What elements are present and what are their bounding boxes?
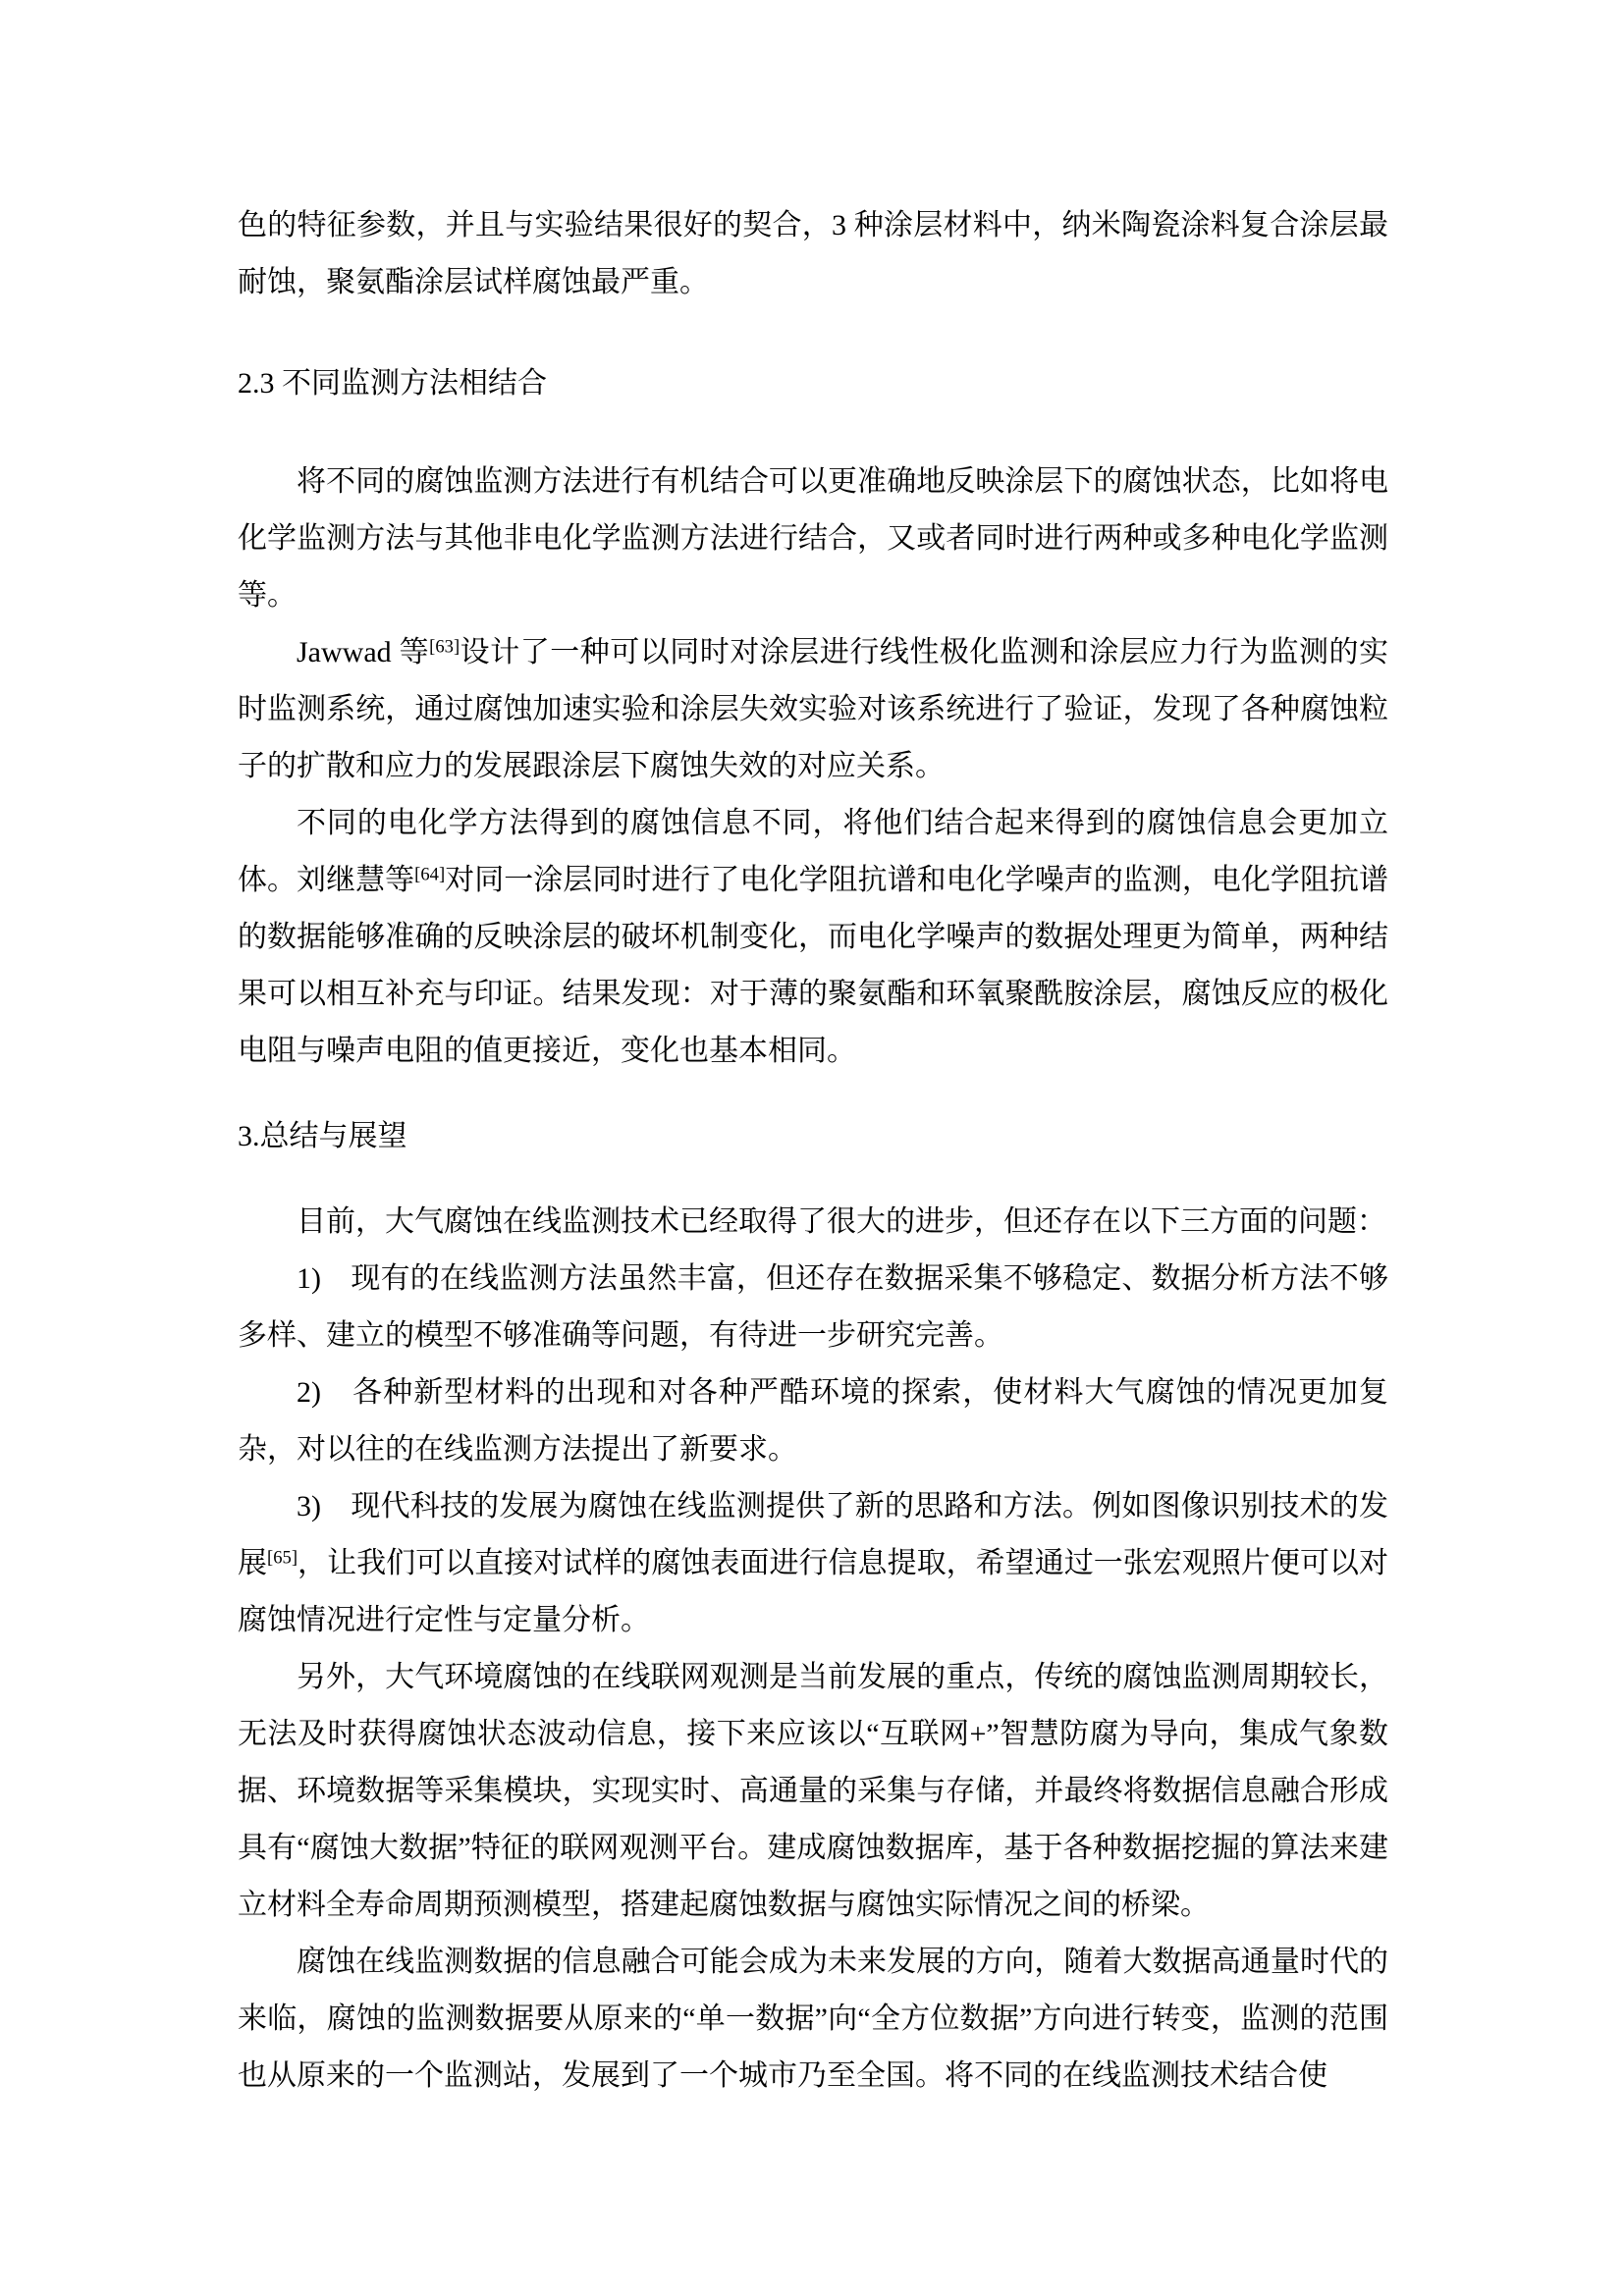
text-run: 1) 现有的在线监测方法虽然丰富，但还存在数据采集不够稳定、数据分析方法不够多样… [238,1262,1388,1352]
paragraph-continuation: 色的特征参数，并且与实验结果很好的契合，3 种涂层材料中，纳米陶瓷涂料复合涂层最… [238,197,1388,311]
list-item-3: 3) 现代科技的发展为腐蚀在线监测提供了新的思路和方法。例如图像识别技术的发展[… [238,1478,1388,1649]
document-content: 色的特征参数，并且与实验结果很好的契合，3 种涂层材料中，纳米陶瓷涂料复合涂层最… [238,197,1388,2105]
citation-superscript: [65] [267,1548,298,1569]
text-run: ，让我们可以直接对试样的腐蚀表面进行信息提取，希望通过一张宏观照片便可以对腐蚀情… [238,1547,1388,1636]
text-run: 另外，大气环境腐蚀的在线联网观测是当前发展的重点，传统的腐蚀监测周期较长，无法及… [238,1661,1388,1921]
text-run: 腐蚀在线监测数据的信息融合可能会成为未来发展的方向，随着大数据高通量时代的来临，… [238,1946,1388,2092]
section-heading-3: 3.总结与展望 [238,1108,1388,1165]
paragraph-data-fusion-future: 腐蚀在线监测数据的信息融合可能会成为未来发展的方向，随着大数据高通量时代的来临，… [238,1934,1388,2105]
paragraph-jawwad-system: Jawwad 等[63]设计了一种可以同时对涂层进行线性极化监测和涂层应力行为监… [238,624,1388,795]
paragraph-combining-methods: 将不同的腐蚀监测方法进行有机结合可以更准确地反映涂层下的腐蚀状态，比如将电化学监… [238,454,1388,624]
paragraph-summary-intro: 目前，大气腐蚀在线监测技术已经取得了很大的进步，但还存在以下三方面的问题： [238,1194,1388,1251]
text-run: 2) 各种新型材料的出现和对各种严酷环境的探索，使材料大气腐蚀的情况更加复杂，对… [238,1376,1388,1466]
paragraph-networked-observation: 另外，大气环境腐蚀的在线联网观测是当前发展的重点，传统的腐蚀监测周期较长，无法及… [238,1649,1388,1934]
document-page: 色的特征参数，并且与实验结果很好的契合，3 种涂层材料中，纳米陶瓷涂料复合涂层最… [0,0,1624,2296]
citation-superscript: [63] [429,637,460,658]
section-heading-2-3: 2.3 不同监测方法相结合 [238,355,1388,412]
paragraph-liu-jihui-combined-electrochemical: 不同的电化学方法得到的腐蚀信息不同，将他们结合起来得到的腐蚀信息会更加立体。刘继… [238,795,1388,1080]
list-item-1: 1) 现有的在线监测方法虽然丰富，但还存在数据采集不够稳定、数据分析方法不够多样… [238,1251,1388,1364]
citation-superscript: [64] [414,865,445,885]
text-run: 将不同的腐蚀监测方法进行有机结合可以更准确地反映涂层下的腐蚀状态，比如将电化学监… [238,465,1388,612]
text-run: Jawwad 等 [297,636,429,668]
text-run: 目前，大气腐蚀在线监测技术已经取得了很大的进步，但还存在以下三方面的问题： [297,1205,1386,1238]
text-run: 色的特征参数，并且与实验结果很好的契合，3 种涂层材料中，纳米陶瓷涂料复合涂层最… [238,209,1388,298]
list-item-2: 2) 各种新型材料的出现和对各种严酷环境的探索，使材料大气腐蚀的情况更加复杂，对… [238,1364,1388,1478]
